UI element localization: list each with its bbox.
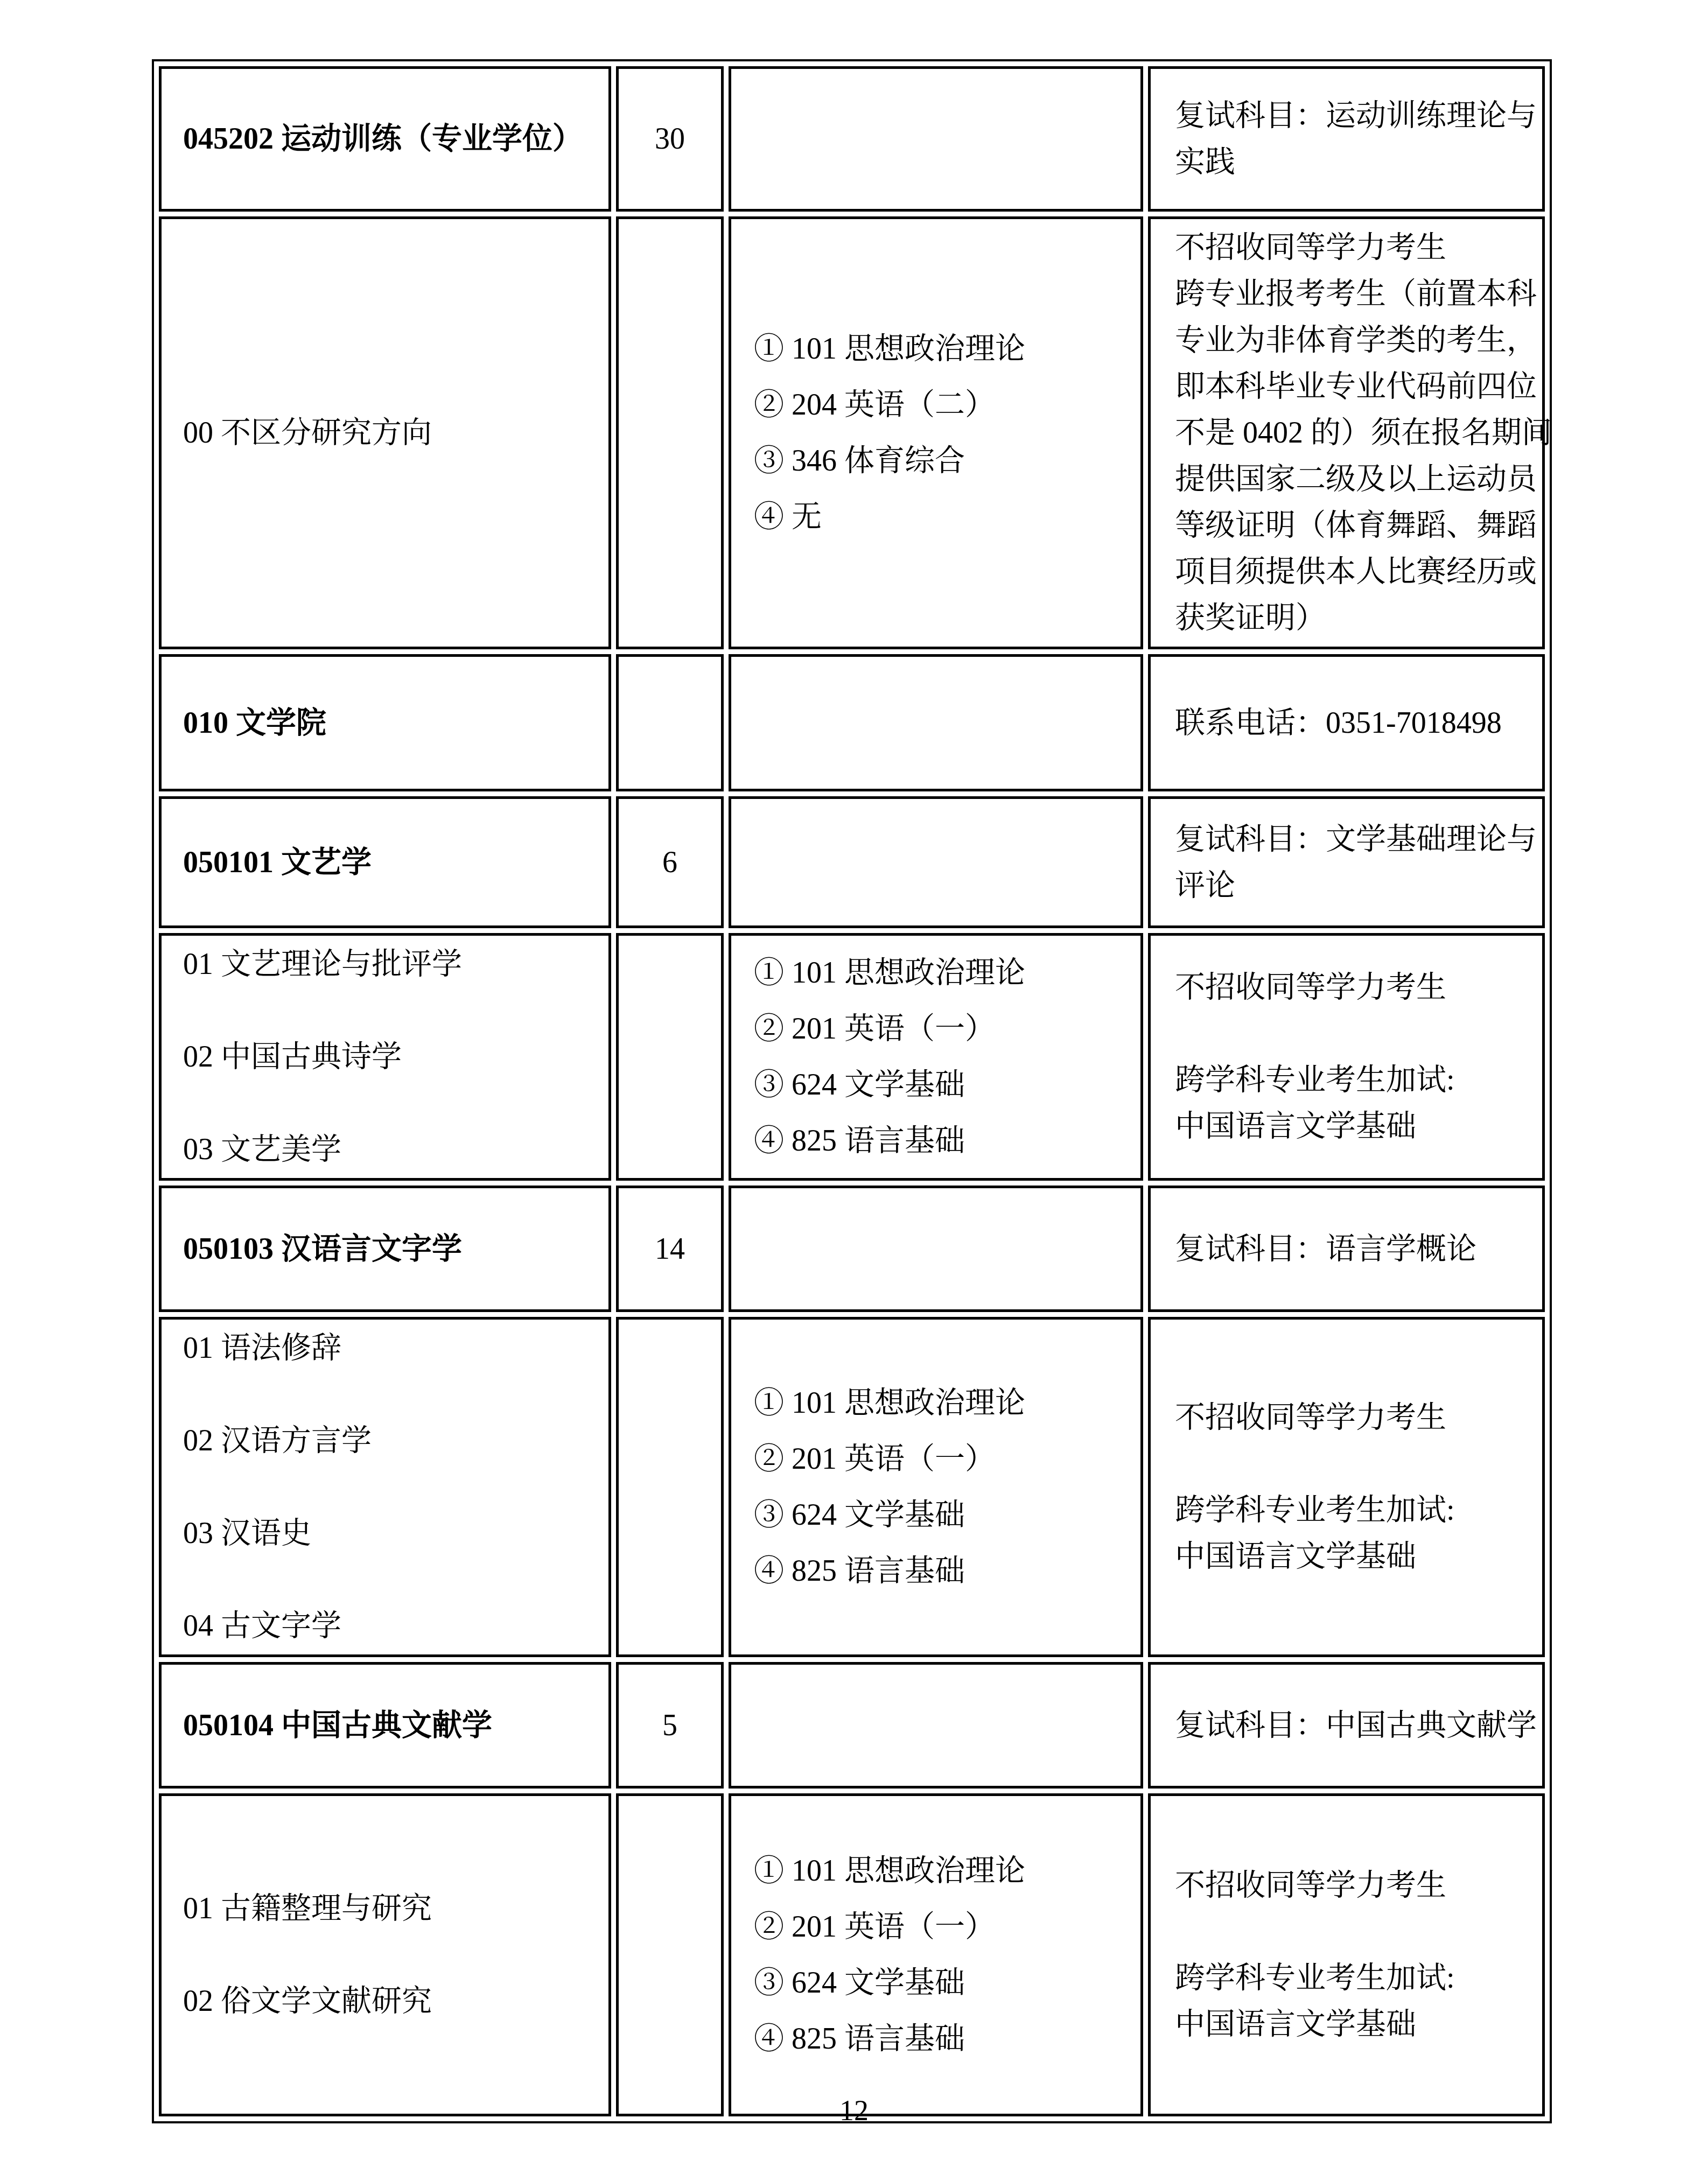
exam-subjects-cell-line: ③ 624 文学基础 bbox=[754, 1057, 1135, 1113]
table-row: 050101 文艺学6复试科目：文学基础理论与评论 bbox=[159, 796, 1545, 928]
program-name-cell: 01 古籍整理与研究02 俗文学文献研究 bbox=[159, 1793, 611, 2116]
exam-subjects-cell-line: ④ 825 语言基础 bbox=[754, 1113, 1135, 1169]
program-name-cell-line: 02 中国古典诗学 bbox=[183, 1034, 598, 1080]
remarks-cell-line: 即本科毕业专业代码前四位 bbox=[1175, 363, 1534, 410]
program-name-cell: 050104 中国古典文献学 bbox=[159, 1662, 611, 1789]
remarks-cell: 联系电话：0351-7018498 bbox=[1148, 654, 1545, 791]
program-name-cell-line: 050101 文艺学 bbox=[183, 839, 598, 886]
remarks-cell-line: 复试科目：文学基础理论与 bbox=[1175, 816, 1534, 862]
remarks-cell-line: 跨学科专业考生加试: bbox=[1175, 1487, 1534, 1533]
exam-subjects-cell: ① 101 思想政治理论② 204 英语（二）③ 346 体育综合④ 无 bbox=[729, 216, 1143, 649]
remarks-cell: 不招收同等学力考生跨学科专业考生加试:中国语言文学基础 bbox=[1148, 1317, 1545, 1657]
enrollment-count-cell: 6 bbox=[616, 796, 724, 928]
remarks-cell-line: 跨专业报考考生（前置本科 bbox=[1175, 271, 1534, 317]
exam-subjects-cell-line: ② 204 英语（二） bbox=[754, 377, 1135, 433]
program-name-cell: 01 语法修辞02 汉语方言学03 汉语史04 古文字学 bbox=[159, 1317, 611, 1657]
table-row: 050103 汉语言文字学14复试科目：语言学概论 bbox=[159, 1186, 1545, 1312]
table-row: 00 不区分研究方向① 101 思想政治理论② 204 英语（二）③ 346 体… bbox=[159, 216, 1545, 649]
enrollment-count-cell-line: 6 bbox=[619, 839, 721, 886]
page-number: 12 bbox=[0, 2094, 1708, 2127]
remarks-cell-line bbox=[1175, 1441, 1534, 1487]
enrollment-count-cell: 14 bbox=[616, 1186, 724, 1312]
exam-subjects-cell bbox=[729, 654, 1143, 791]
exam-subjects-cell-line: ① 101 思想政治理论 bbox=[754, 945, 1135, 1001]
remarks-cell: 不招收同等学力考生跨专业报考考生（前置本科专业为非体育学类的考生，即本科毕业专业… bbox=[1148, 216, 1545, 649]
remarks-cell-line: 中国语言文学基础 bbox=[1175, 2001, 1534, 2047]
admissions-table-body: 045202 运动训练（专业学位）30复试科目：运动训练理论与实践00 不区分研… bbox=[159, 66, 1545, 2116]
exam-subjects-cell: ① 101 思想政治理论② 201 英语（一）③ 624 文学基础④ 825 语… bbox=[729, 1793, 1143, 2116]
enrollment-count-cell bbox=[616, 1317, 724, 1657]
remarks-cell-line: 联系电话：0351-7018498 bbox=[1175, 700, 1534, 746]
exam-subjects-cell bbox=[729, 1662, 1143, 1789]
remarks-cell: 复试科目：语言学概论 bbox=[1148, 1186, 1545, 1312]
exam-subjects-cell-line: ④ 825 语言基础 bbox=[754, 2011, 1135, 2067]
exam-subjects-cell-line: ① 101 思想政治理论 bbox=[754, 1843, 1135, 1899]
exam-subjects-cell-line: ② 201 英语（一） bbox=[754, 1899, 1135, 1955]
remarks-cell-line: 等级证明（体育舞蹈、舞蹈 bbox=[1175, 502, 1534, 549]
enrollment-count-cell-line: 30 bbox=[619, 116, 721, 162]
remarks-cell-line: 项目须提供本人比赛经历或 bbox=[1175, 549, 1534, 595]
exam-subjects-cell-line: ① 101 思想政治理论 bbox=[754, 321, 1135, 377]
exam-subjects-cell bbox=[729, 796, 1143, 928]
remarks-cell-line: 获奖证明） bbox=[1175, 595, 1534, 641]
exam-subjects-cell-line: ③ 624 文学基础 bbox=[754, 1955, 1135, 2011]
program-name-cell-line bbox=[183, 987, 598, 1034]
table-row: 01 文艺理论与批评学02 中国古典诗学03 文艺美学① 101 思想政治理论②… bbox=[159, 933, 1545, 1181]
program-name-cell-line: 01 古籍整理与研究 bbox=[183, 1885, 598, 1932]
remarks-cell-line: 中国语言文学基础 bbox=[1175, 1103, 1534, 1149]
remarks-cell-line: 不招收同等学力考生 bbox=[1175, 964, 1534, 1011]
program-name-cell-line bbox=[183, 1371, 598, 1418]
program-name-cell-line: 02 汉语方言学 bbox=[183, 1418, 598, 1464]
remarks-cell-line: 复试科目：语言学概论 bbox=[1175, 1226, 1534, 1272]
remarks-cell: 不招收同等学力考生跨学科专业考生加试:中国语言文学基础 bbox=[1148, 933, 1545, 1181]
program-name-cell: 050103 汉语言文字学 bbox=[159, 1186, 611, 1312]
remarks-cell: 复试科目：中国古典文献学 bbox=[1148, 1662, 1545, 1789]
table-row: 01 古籍整理与研究02 俗文学文献研究① 101 思想政治理论② 201 英语… bbox=[159, 1793, 1545, 2116]
program-name-cell-line: 01 文艺理论与批评学 bbox=[183, 941, 598, 987]
program-name-cell-line: 03 文艺美学 bbox=[183, 1126, 598, 1173]
remarks-cell-line: 复试科目：运动训练理论与 bbox=[1175, 93, 1534, 139]
exam-subjects-cell-line: ④ 825 语言基础 bbox=[754, 1543, 1135, 1599]
remarks-cell-line: 不招收同等学力考生 bbox=[1175, 225, 1534, 271]
enrollment-count-cell: 5 bbox=[616, 1662, 724, 1789]
remarks-cell-line: 复试科目：中国古典文献学 bbox=[1175, 1702, 1534, 1749]
remarks-cell: 不招收同等学力考生跨学科专业考生加试:中国语言文学基础 bbox=[1148, 1793, 1545, 2116]
remarks-cell: 复试科目：文学基础理论与评论 bbox=[1148, 796, 1545, 928]
enrollment-count-cell-line: 14 bbox=[619, 1226, 721, 1272]
remarks-cell-line: 专业为非体育学类的考生， bbox=[1175, 317, 1534, 363]
remarks-cell-line bbox=[1175, 1909, 1534, 1955]
table-row: 01 语法修辞02 汉语方言学03 汉语史04 古文字学① 101 思想政治理论… bbox=[159, 1317, 1545, 1657]
program-name-cell-line bbox=[183, 1080, 598, 1126]
remarks-cell-line bbox=[1175, 1011, 1534, 1057]
table-row: 010 文学院联系电话：0351-7018498 bbox=[159, 654, 1545, 791]
exam-subjects-cell-line: ③ 624 文学基础 bbox=[754, 1487, 1135, 1543]
exam-subjects-cell bbox=[729, 66, 1143, 212]
enrollment-count-cell bbox=[616, 1793, 724, 2116]
program-name-cell-line: 050104 中国古典文献学 bbox=[183, 1702, 598, 1749]
enrollment-count-cell bbox=[616, 654, 724, 791]
table-row: 050104 中国古典文献学5复试科目：中国古典文献学 bbox=[159, 1662, 1545, 1789]
enrollment-count-cell: 30 bbox=[616, 66, 724, 212]
remarks-cell: 复试科目：运动训练理论与实践 bbox=[1148, 66, 1545, 212]
remarks-cell-line: 跨学科专业考生加试: bbox=[1175, 1955, 1534, 2001]
enrollment-count-cell bbox=[616, 216, 724, 649]
program-name-cell: 01 文艺理论与批评学02 中国古典诗学03 文艺美学 bbox=[159, 933, 611, 1181]
program-name-cell-line: 050103 汉语言文字学 bbox=[183, 1226, 598, 1272]
exam-subjects-cell-line: ③ 346 体育综合 bbox=[754, 433, 1135, 489]
admissions-table: 045202 运动训练（专业学位）30复试科目：运动训练理论与实践00 不区分研… bbox=[152, 59, 1552, 2123]
program-name-cell-line bbox=[183, 1556, 598, 1603]
program-name-cell: 050101 文艺学 bbox=[159, 796, 611, 928]
exam-subjects-cell-line: ① 101 思想政治理论 bbox=[754, 1375, 1135, 1431]
remarks-cell-line: 评论 bbox=[1175, 862, 1534, 909]
remarks-cell-line: 不是 0402 的）须在报名期间 bbox=[1175, 410, 1534, 456]
exam-subjects-cell bbox=[729, 1186, 1143, 1312]
exam-subjects-cell: ① 101 思想政治理论② 201 英语（一）③ 624 文学基础④ 825 语… bbox=[729, 933, 1143, 1181]
remarks-cell-line: 跨学科专业考生加试: bbox=[1175, 1057, 1534, 1103]
remarks-cell-line: 实践 bbox=[1175, 139, 1534, 185]
remarks-cell-line: 不招收同等学力考生 bbox=[1175, 1862, 1534, 1909]
remarks-cell-line: 提供国家二级及以上运动员 bbox=[1175, 456, 1534, 502]
document-page: 045202 运动训练（专业学位）30复试科目：运动训练理论与实践00 不区分研… bbox=[0, 0, 1708, 2160]
exam-subjects-cell-line: ② 201 英语（一） bbox=[754, 1431, 1135, 1487]
program-name-cell-line bbox=[183, 1932, 598, 1978]
program-name-cell-line: 03 汉语史 bbox=[183, 1510, 598, 1556]
enrollment-count-cell-line: 5 bbox=[619, 1702, 721, 1749]
remarks-cell-line: 不招收同等学力考生 bbox=[1175, 1394, 1534, 1441]
exam-subjects-cell-line: ② 201 英语（一） bbox=[754, 1001, 1135, 1057]
remarks-cell-line: 中国语言文学基础 bbox=[1175, 1533, 1534, 1580]
exam-subjects-cell-line: ④ 无 bbox=[754, 489, 1135, 545]
program-name-cell-line: 045202 运动训练（专业学位） bbox=[183, 116, 598, 162]
program-name-cell: 045202 运动训练（专业学位） bbox=[159, 66, 611, 212]
program-name-cell-line: 04 古文字学 bbox=[183, 1603, 598, 1649]
table-row: 045202 运动训练（专业学位）30复试科目：运动训练理论与实践 bbox=[159, 66, 1545, 212]
program-name-cell-line: 00 不区分研究方向 bbox=[183, 410, 598, 456]
program-name-cell-line: 010 文学院 bbox=[183, 700, 598, 746]
program-name-cell-line: 02 俗文学文献研究 bbox=[183, 1978, 598, 2024]
program-name-cell: 00 不区分研究方向 bbox=[159, 216, 611, 649]
exam-subjects-cell: ① 101 思想政治理论② 201 英语（一）③ 624 文学基础④ 825 语… bbox=[729, 1317, 1143, 1657]
program-name-cell-line: 01 语法修辞 bbox=[183, 1325, 598, 1371]
enrollment-count-cell bbox=[616, 933, 724, 1181]
program-name-cell-line bbox=[183, 1464, 598, 1510]
program-name-cell: 010 文学院 bbox=[159, 654, 611, 791]
